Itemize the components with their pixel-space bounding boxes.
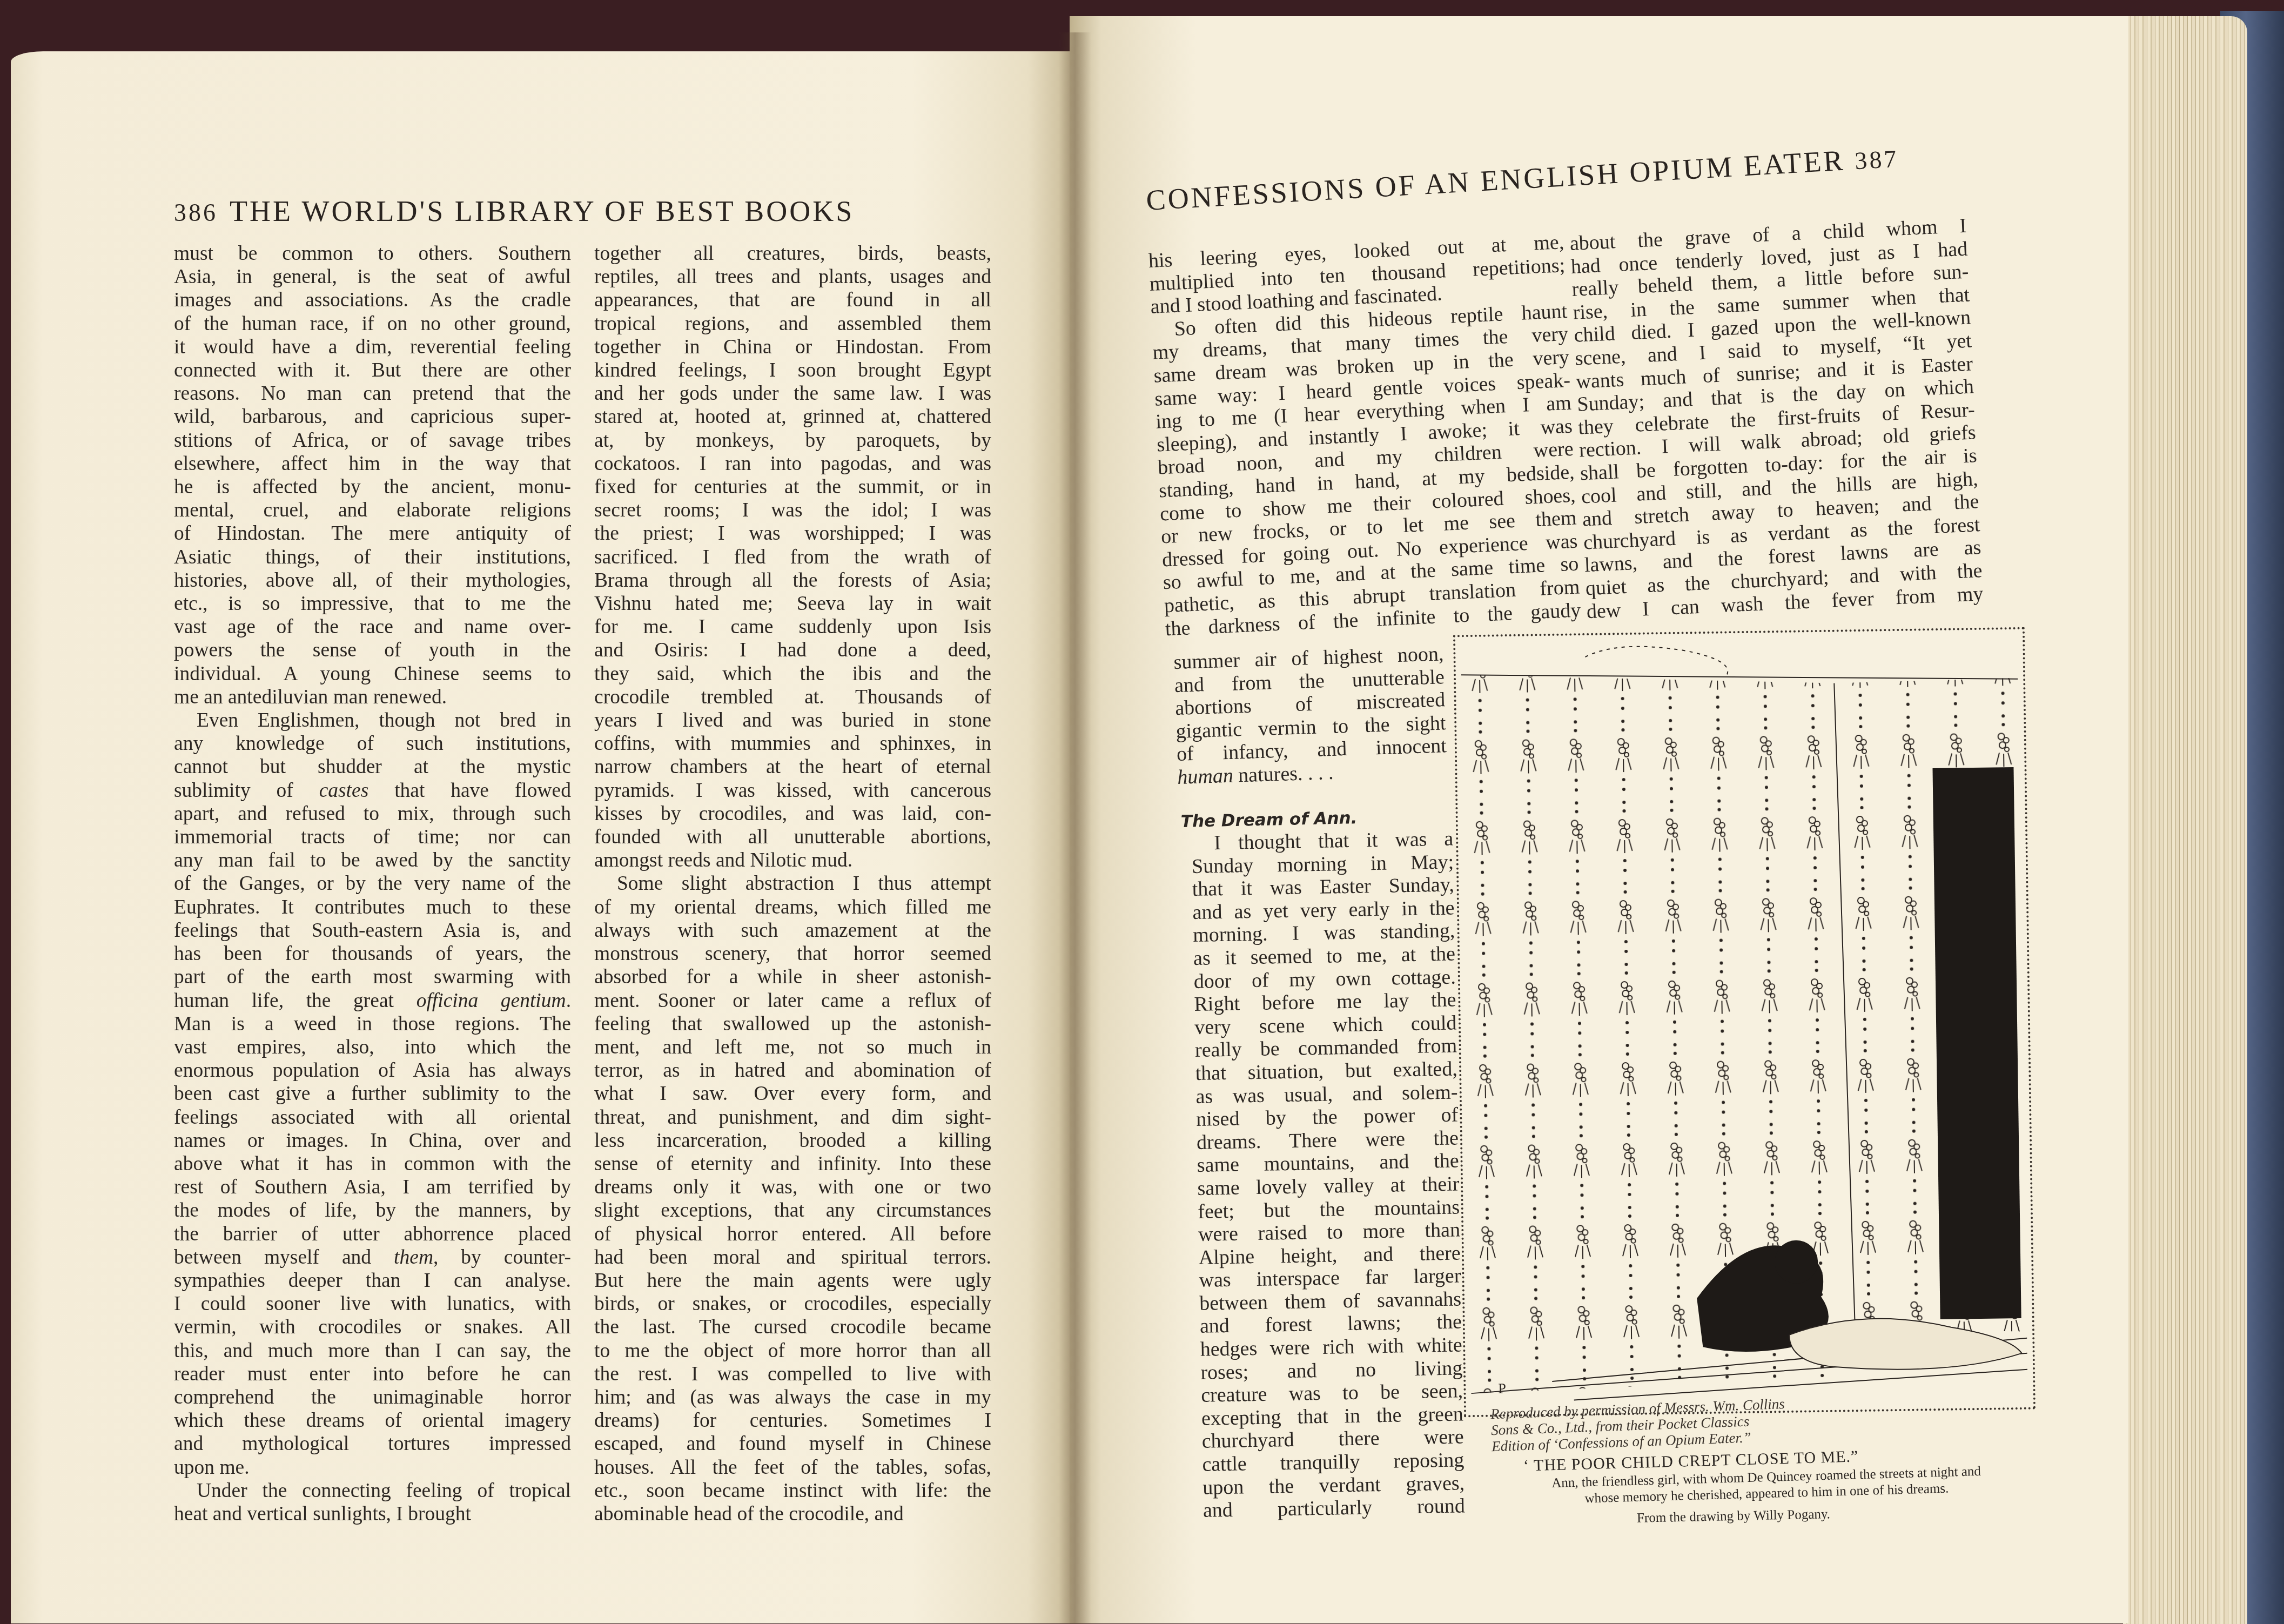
text-line: any man fail to be awed by the sanctity xyxy=(174,849,571,872)
right-column-1-narrow: summer air of highest noon,and from the … xyxy=(1173,642,1448,789)
text-line: stared at, hooted at, grinned at, chatte… xyxy=(594,405,991,428)
text-line: any knowledge of such institutions, xyxy=(174,732,571,755)
left-page-number: 386 xyxy=(174,199,218,226)
text-line: less incarceration, brooded a killing xyxy=(594,1129,991,1152)
text-line: birds, or snakes, or crocodiles, especia… xyxy=(594,1292,991,1316)
text-line: kisses by crocodiles, and was laid, con- xyxy=(594,802,991,826)
text-line: must be common to others. Southern xyxy=(174,242,571,265)
text-line: sublimity of castes that have flowed xyxy=(174,779,571,802)
text-line: reader must enter into before he can xyxy=(174,1363,571,1386)
text-line: and mythological tortures impressed xyxy=(174,1432,571,1455)
text-line: and Osiris: I had done a deed, xyxy=(594,639,991,662)
text-line: of the human race, if on no other ground… xyxy=(174,312,571,335)
text-line: of Hindostan. The mere antiquity of xyxy=(174,522,571,545)
text-line: crocodile trembled at. Thousands of xyxy=(594,686,991,709)
text-line: coffins, with mummies and sphinxes, in xyxy=(594,732,991,755)
text-line: amongst reeds and Nilotic mud. xyxy=(594,849,991,872)
text-line: above what it has in common with the xyxy=(174,1152,571,1176)
text-line: Brama through all the forests of Asia; xyxy=(594,569,991,592)
text-line: wild, barbarous, and capricious super- xyxy=(174,405,571,428)
text-line: Under the connecting feeling of tropical xyxy=(174,1479,571,1502)
text-line: rest of Southern Asia, I am terrified by xyxy=(174,1176,571,1199)
text-line: and her gods under the same law. I was xyxy=(594,382,991,405)
text-line: upon me. xyxy=(174,1456,571,1479)
text-line: which these dreams of oriental imagery xyxy=(174,1409,571,1432)
text-line: Vishnu hated me; Seeva lay in wait xyxy=(594,592,991,615)
text-line: individual. A young Chinese seems to xyxy=(174,662,571,686)
text-line: vast age of the race and name over- xyxy=(174,615,571,639)
left-running-title: THE WORLD'S LIBRARY OF BEST BOOKS xyxy=(230,195,854,227)
text-line: ment. Sooner or later came a reflux of xyxy=(594,989,991,1012)
page-edges xyxy=(2123,16,2247,1624)
text-line: But here the main agents were ugly xyxy=(594,1269,991,1292)
left-column-1: must be common to others. SouthernAsia, … xyxy=(174,242,571,1526)
text-line: vast empires, also, into which the xyxy=(174,1036,571,1059)
text-line: this, and much more than I can say, the xyxy=(174,1339,571,1363)
text-line: Asia, in general, is the seat of awful xyxy=(174,265,571,288)
text-line: dreams) for centuries. Sometimes I xyxy=(594,1409,991,1432)
text-line: cannot but shudder at the mystic xyxy=(174,755,571,779)
text-line: cockatoos. I ran into pagodas, and was xyxy=(594,452,991,475)
wallpaper-room-drawing: P xyxy=(1455,629,2033,1415)
text-line: vermin, with crocodiles or snakes. All xyxy=(174,1316,571,1339)
text-line: he is affected by the ancient, monu- xyxy=(174,475,571,499)
text-line: pyramids. I was kissed, with cancerous xyxy=(594,779,991,802)
text-line: ment, and left me, not so much in xyxy=(594,1036,991,1059)
text-line: slight exceptions, that any circumstance… xyxy=(594,1199,991,1222)
artist-monogram: P xyxy=(1498,1380,1506,1396)
text-line: elsewhere, affect him in the way that xyxy=(174,452,571,475)
text-line: mental, cruel, and elaborate religions xyxy=(174,499,571,522)
text-line: it would have a dim, reverential feeling xyxy=(174,335,571,359)
text-line: stitions of Africa, or of savage tribes xyxy=(174,429,571,452)
text-line: terror, as in hatred and abomination of xyxy=(594,1059,991,1082)
text-line: narrow chambers at the heart of eternal xyxy=(594,755,991,779)
text-line: names or images. In China, over and xyxy=(174,1129,571,1152)
right-page-number: 387 xyxy=(1854,145,1899,175)
text-line: part of the earth most swarming with xyxy=(174,965,571,989)
text-line: reptiles, all trees and plants, usages a… xyxy=(594,265,991,288)
text-line: secret rooms; I was the idol; I was xyxy=(594,499,991,522)
text-line: had been moral and spiritual terrors. xyxy=(594,1246,991,1269)
text-line: kindred feelings, I soon brought Egypt xyxy=(594,359,991,382)
text-line: houses. All the feet of the tables, sofa… xyxy=(594,1456,991,1479)
text-line: etc., soon became instinct with life: th… xyxy=(594,1479,991,1502)
right-column-2-top: about the grave of a child whom Ihad onc… xyxy=(1569,214,1984,623)
text-line: reasons. No man can pretend that the xyxy=(174,382,571,405)
gutter-shadow xyxy=(1059,32,1091,1624)
text-line: monstrous scenery, that horror seemed xyxy=(594,942,991,965)
right-column-1-after-heading: I thought that it was aSunday morning in… xyxy=(1191,828,1465,1522)
illustration-poor-child: P xyxy=(1453,627,2036,1418)
text-line: enormous population of Asia has always xyxy=(174,1059,571,1082)
text-line: together in China or Hindostan. From xyxy=(594,335,991,359)
text-line: sense of eternity and infinity. Into the… xyxy=(594,1152,991,1176)
text-line: connected with it. But there are other xyxy=(174,359,571,382)
text-line: appearances, that are found in all xyxy=(594,288,991,312)
text-line: to me the object of more horror than all xyxy=(594,1339,991,1363)
text-line: the rest. I was compelled to live with xyxy=(594,1363,991,1386)
text-line: the last. The cursed crocodile became xyxy=(594,1316,991,1339)
text-line: the barrier of utter abhorrence placed xyxy=(174,1223,571,1246)
text-line: feelings that South-eastern Asia is, and xyxy=(174,919,571,942)
text-line: etc., is so impressive, that to me the xyxy=(174,592,571,615)
text-line: they said, which the ibis and the xyxy=(594,662,991,686)
text-line: together all creatures, birds, beasts, xyxy=(594,242,991,265)
text-line: immemorial tracts of time; nor can xyxy=(174,826,571,849)
dark-doorway xyxy=(1932,767,2021,1319)
text-line: Man is a weed in those regions. The xyxy=(174,1012,571,1036)
left-column-2: together all creatures, birds, beasts,re… xyxy=(594,242,991,1526)
text-line: for me. I came suddenly upon Isis xyxy=(594,615,991,639)
text-line: always with such amazement at the xyxy=(594,919,991,942)
text-line: tropical regions, and assembled them xyxy=(594,312,991,335)
text-line: threat, and punishment, and dim sight- xyxy=(594,1106,991,1129)
text-line: sacrificed. I fled from the wrath of xyxy=(594,546,991,569)
text-line: Even Englishmen, though not bred in xyxy=(174,709,571,732)
text-line: escaped, and found myself in Chinese xyxy=(594,1432,991,1455)
text-line: histories, above all, of their mythologi… xyxy=(174,569,571,592)
text-line: absorbed for a while in sheer astonish- xyxy=(594,965,991,989)
text-line: of physical horror entered. All before xyxy=(594,1223,991,1246)
text-line: powers the sense of youth in the xyxy=(174,639,571,662)
text-line: years I lived and was buried in stone xyxy=(594,709,991,732)
text-line: Some slight abstraction I thus attempt xyxy=(594,872,991,895)
text-line: and particularly round xyxy=(1203,1495,1466,1522)
text-line: abominable head of the crocodile, and xyxy=(594,1502,991,1526)
text-line: of my oriental dreams, which filled me xyxy=(594,896,991,919)
text-line: of the Ganges, or by the very name of th… xyxy=(174,872,571,895)
text-line: comprehend the unimaginable horror xyxy=(174,1386,571,1409)
text-line: the modes of life, by the manners, by xyxy=(174,1199,571,1222)
text-line: dreams only it was, with one or two xyxy=(594,1176,991,1199)
text-line: been cast give a further sublimity to th… xyxy=(174,1082,571,1105)
text-line: images and associations. As the cradle xyxy=(174,288,571,312)
text-line: I could sooner live with lunatics, with xyxy=(174,1292,571,1316)
text-line: me an antediluvian man renewed. xyxy=(174,686,571,709)
text-line: feelings associated with all oriental xyxy=(174,1106,571,1129)
text-line: what I saw. Over every form, and xyxy=(594,1082,991,1105)
text-line: between myself and them, by counter- xyxy=(174,1246,571,1269)
text-line: at, by monkeys, by paroquets, by xyxy=(594,429,991,452)
left-running-head: 386THE WORLD'S LIBRARY OF BEST BOOKS xyxy=(174,194,854,228)
text-line: him; and (as was always the case in my xyxy=(594,1386,991,1409)
text-line: feeling that swallowed up the astonish- xyxy=(594,1012,991,1036)
text-line: human life, the great officina gentium. xyxy=(174,989,571,1012)
right-column-1-top: his leering eyes, looked out at me,multi… xyxy=(1148,231,1581,640)
text-line: heat and vertical sunlights, I brought xyxy=(174,1502,571,1526)
text-line: apart, and refused to mix, through such xyxy=(174,802,571,826)
text-line: sympathies deeper than I can analyse. xyxy=(174,1269,571,1292)
text-line: the priest; I was worshipped; I was xyxy=(594,522,991,545)
text-line: Asiatic things, of their institutions, xyxy=(174,546,571,569)
text-line: founded with all unutterable abortions, xyxy=(594,826,991,849)
text-line: Euphrates. It contributes much to these xyxy=(174,896,571,919)
text-line: has been for thousands of years, the xyxy=(174,942,571,965)
text-line: fixed for centuries at the summit, or in xyxy=(594,475,991,499)
